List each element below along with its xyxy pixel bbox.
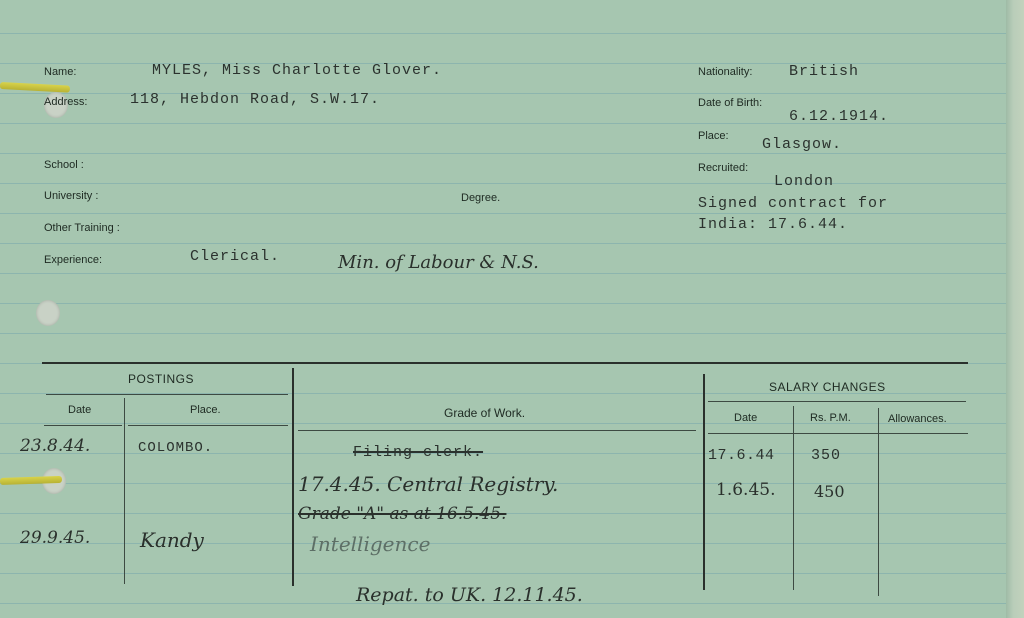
salary-rs-header: Rs. P.M.	[810, 412, 851, 424]
degree-label: Degree.	[461, 192, 500, 204]
rule	[708, 433, 968, 434]
rule	[128, 425, 288, 426]
postings-place-header: Place.	[190, 404, 221, 416]
salary-date: 17.6.44	[708, 447, 775, 464]
table-top-rule	[42, 362, 968, 364]
postings-title: POSTINGS	[128, 372, 194, 386]
experience-handwritten: Min. of Labour & N.S.	[338, 252, 539, 273]
punch-hole	[36, 300, 60, 326]
grade-title: Grade of Work.	[444, 406, 525, 420]
posting-place: Kandy	[140, 528, 204, 552]
divider	[703, 374, 705, 590]
posting-date: 29.9.45.	[20, 528, 90, 548]
posting-place: COLOMBO.	[138, 440, 213, 456]
university-label: University :	[44, 190, 98, 202]
treasury-tag	[0, 82, 70, 93]
salary-amount: 350	[811, 447, 841, 464]
rule	[46, 394, 288, 395]
nationality-label: Nationality:	[698, 66, 752, 78]
address-label: Address:	[44, 96, 87, 108]
contract-line2: India: 17.6.44.	[698, 216, 848, 233]
divider	[124, 398, 125, 584]
experience-typed: Clerical.	[190, 248, 280, 265]
address-value: 118, Hebdon Road, S.W.17.	[130, 91, 380, 108]
dob-label: Date of Birth:	[698, 97, 762, 109]
recruited-value: London	[774, 173, 834, 190]
salary-allowances-header: Allowances.	[888, 413, 947, 425]
school-label: School :	[44, 159, 84, 171]
card-edge	[1006, 0, 1024, 618]
divider	[292, 368, 294, 586]
divider	[878, 408, 879, 596]
other-training-label: Other Training :	[44, 222, 120, 234]
experience-label: Experience:	[44, 254, 102, 266]
repatriation-note: Repat. to UK. 12.11.45.	[356, 584, 583, 606]
dob-value: 6.12.1914.	[789, 108, 889, 125]
posting-date: 23.8.44.	[20, 436, 90, 456]
place-label: Place:	[698, 130, 729, 142]
grade-entry: Grade "A" as at 16.5.45.	[298, 504, 506, 524]
name-value: MYLES, Miss Charlotte Glover.	[152, 62, 442, 79]
rule	[298, 430, 696, 431]
grade-entry: Intelligence	[310, 532, 430, 556]
grade-entry: 17.4.45. Central Registry.	[298, 472, 558, 496]
salary-title: SALARY CHANGES	[769, 380, 886, 394]
salary-amount: 450	[814, 482, 845, 501]
nationality-value: British	[789, 63, 859, 80]
grade-entry: Filing clerk.	[353, 444, 483, 461]
recruited-label: Recruited:	[698, 162, 748, 174]
postings-date-header: Date	[68, 404, 91, 416]
salary-date: 1.6.45.	[716, 480, 775, 500]
name-label: Name:	[44, 66, 76, 78]
place-value: Glasgow.	[762, 136, 842, 153]
salary-date-header: Date	[734, 412, 757, 424]
contract-line1: Signed contract for	[698, 195, 888, 212]
record-card: Name: MYLES, Miss Charlotte Glover. Addr…	[0, 0, 1006, 618]
rule	[44, 425, 122, 426]
rule	[708, 401, 966, 402]
